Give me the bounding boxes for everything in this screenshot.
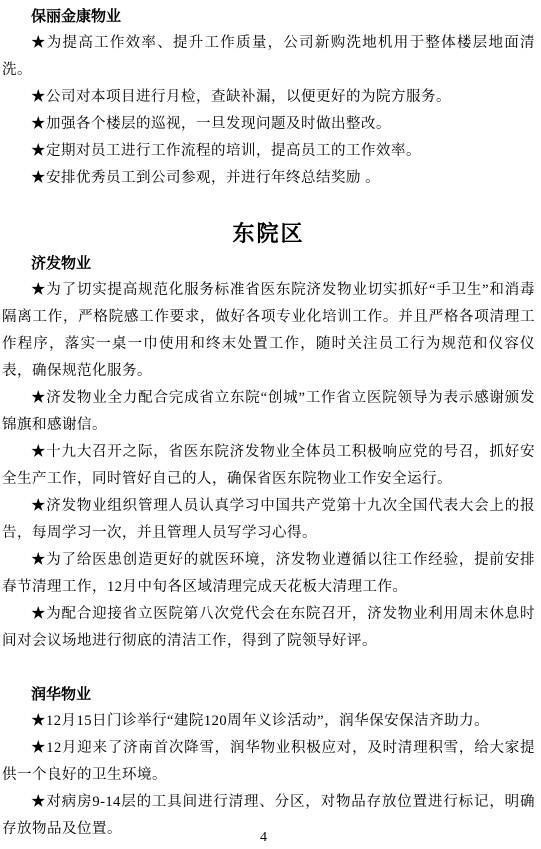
bullet-paragraph: ★安排优秀员工到公司参观，并进行年终总结奖励 。: [2, 165, 535, 192]
bullet-paragraph: ★加强各个楼层的巡视，一旦发现问题及时做出整改。: [2, 111, 535, 138]
bullet-paragraph: ★12月15日门诊举行“建院120周年义诊活动”，润华保安保洁齐助力。: [2, 708, 535, 735]
section-baoli-jinkang: 保丽金康物业 ★为提高工作效率、提升工作质量，公司新购洗地机用于整体楼层地面清洗…: [2, 3, 535, 192]
bullet-paragraph: ★济发物业全力配合完成省立东院“创城”工作省立医院领导为表示感谢颁发锦旗和感谢信…: [2, 385, 535, 439]
bullet-paragraph: ★济发物业组织管理人员认真学习中国共产党第十九次全国代表大会上的报告，每周学习一…: [2, 493, 535, 547]
subsection-heading-jifa: 济发物业: [2, 250, 535, 277]
page-footer: 4: [0, 828, 527, 846]
page-number: 4: [260, 830, 267, 845]
bullet-paragraph: ★12月迎来了济南首次降雪，润华物业积极应对，及时清理积雪，给大家提供一个良好的…: [2, 735, 535, 789]
main-heading-east-campus: 东院区: [2, 217, 535, 250]
section-runhua: 润华物业 ★12月15日门诊举行“建院120周年义诊活动”，润华保安保洁齐助力。…: [2, 681, 535, 843]
section-jifa: 济发物业 ★为了切实提高规范化服务标准省医东院济发物业切实抓好“手卫生”和消毒隔…: [2, 250, 535, 655]
bullet-paragraph: ★公司对本项目进行月检，查缺补漏，以便更好的为院方服务。: [2, 84, 535, 111]
bullet-paragraph: ★十九大召开之际，省医东院济发物业全体员工积极响应党的号召，抓好安全生产工作，同…: [2, 439, 535, 493]
bullet-paragraph: ★为了切实提高规范化服务标准省医东院济发物业切实抓好“手卫生”和消毒隔离工作，严…: [2, 277, 535, 385]
document-page: 保丽金康物业 ★为提高工作效率、提升工作质量，公司新购洗地机用于整体楼层地面清洗…: [0, 0, 541, 849]
subsection-heading-baoli: 保丽金康物业: [2, 3, 535, 30]
bullet-paragraph: ★定期对员工进行工作流程的培训，提高员工的工作效率。: [2, 138, 535, 165]
bullet-paragraph: ★为配合迎接省立医院第八次党代会在东院召开，济发物业利用周末休息时间对会议场地进…: [2, 601, 535, 655]
subsection-heading-runhua: 润华物业: [2, 681, 535, 708]
bullet-paragraph: ★为提高工作效率、提升工作质量，公司新购洗地机用于整体楼层地面清洗。: [2, 30, 535, 84]
bullet-paragraph: ★为了给医患创造更好的就医环境，济发物业遵循以往工作经验，提前安排春节清理工作，…: [2, 547, 535, 601]
